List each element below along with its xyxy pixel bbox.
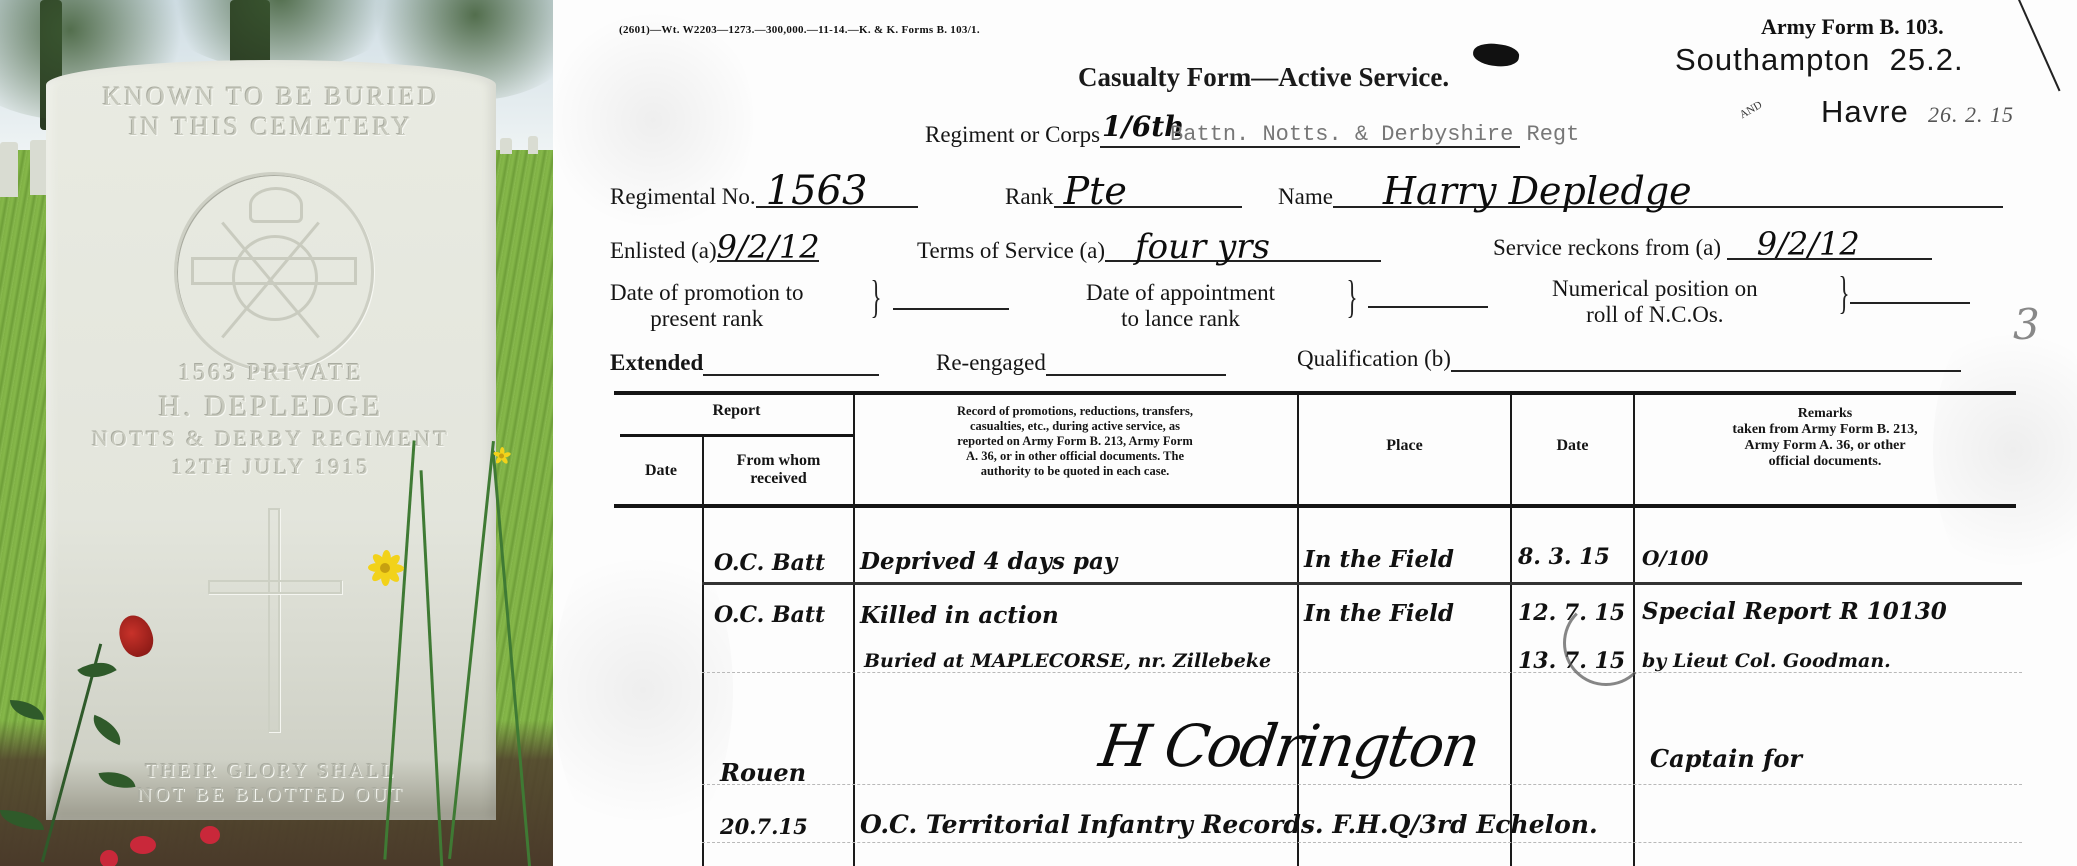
column-divider bbox=[1510, 394, 1512, 866]
header-remarks: Remarks taken from Army Form B. 213, Arm… bbox=[1635, 406, 2015, 470]
lance-label-line2: to lance rank bbox=[1086, 306, 1275, 332]
cross-icon bbox=[208, 580, 342, 594]
rank-label: Rank bbox=[1005, 184, 1054, 209]
column-divider bbox=[702, 436, 704, 866]
brace-icon: } bbox=[871, 274, 882, 320]
regiment: NOTTS & DERBY REGIMENT bbox=[46, 426, 496, 452]
stamp-date: 26. 2. 15 bbox=[1928, 102, 2014, 127]
row-rule bbox=[702, 672, 2022, 673]
rose-petal bbox=[200, 826, 220, 844]
terms-of-service-value: four yrs bbox=[1105, 234, 1381, 262]
rank-field: RankPte bbox=[1005, 176, 1242, 210]
stamp-place: Southampton bbox=[1675, 42, 1870, 77]
row-rule bbox=[702, 842, 2022, 843]
row-rule bbox=[702, 784, 2022, 785]
promotion-value-line bbox=[893, 308, 1009, 310]
extended-field: Extended bbox=[610, 350, 879, 376]
header-record: Record of promotions, reductions, transf… bbox=[860, 404, 1290, 479]
promotion-label-line1: Date of promotion to bbox=[610, 280, 804, 306]
extended-value bbox=[703, 354, 879, 376]
row1-from-whom: O.C. Batt bbox=[714, 550, 825, 576]
header-record-line: A. 36, or in other official documents. T… bbox=[860, 449, 1290, 464]
header-place: Place bbox=[1299, 437, 1510, 455]
ink-blot bbox=[1472, 41, 1521, 69]
yellow-flower-icon bbox=[493, 447, 511, 465]
service-number-rank: 1563 PRIVATE bbox=[46, 360, 496, 387]
header-remarks-line: official documents. bbox=[1635, 454, 2015, 470]
row1-date: 8. 3. 15 bbox=[1518, 544, 1610, 570]
pencil-circle-mark bbox=[1563, 600, 1649, 686]
headstone-photo: KNOWN TO BE BURIED IN THIS CEMETERY 1563… bbox=[0, 0, 553, 866]
header-date-2: Date bbox=[1512, 437, 1633, 455]
extended-label: Extended bbox=[610, 350, 703, 375]
column-divider bbox=[1297, 394, 1299, 866]
brace-icon: } bbox=[1839, 270, 1850, 316]
date-of-death: 12TH JULY 1915 bbox=[46, 454, 496, 480]
promotion-label-line2: present rank bbox=[610, 306, 804, 332]
header-date: Date bbox=[620, 462, 702, 480]
row2-place: In the Field bbox=[1304, 600, 1454, 627]
enlisted-label: Enlisted (a) bbox=[610, 238, 717, 263]
nco-position-value-line bbox=[1850, 302, 1970, 304]
report-subheader-rule bbox=[620, 434, 853, 437]
reengaged-label: Re-engaged bbox=[936, 350, 1046, 375]
table-top-rule bbox=[614, 391, 2016, 395]
background-headstone bbox=[528, 136, 538, 154]
qualification-value bbox=[1451, 350, 1961, 372]
header-record-line: casualties, etc., during active service,… bbox=[860, 419, 1290, 434]
header-record-line: authority to be quoted in each case. bbox=[860, 464, 1290, 479]
rose-petal bbox=[130, 836, 156, 854]
signature: H Codrington bbox=[1095, 712, 1482, 780]
table-header-rule bbox=[614, 504, 2016, 508]
enlisted-field: Enlisted (a)9/2/12 bbox=[610, 234, 819, 264]
row2-record: Killed in action bbox=[860, 602, 1059, 629]
promotion-label: Date of promotion to present rank bbox=[610, 280, 804, 332]
cross-icon bbox=[268, 508, 280, 732]
service-reckons-value: 9/2/12 bbox=[1727, 230, 1932, 260]
southampton-stamp: Southampton 25.2. bbox=[1675, 42, 1964, 78]
header-remarks-line: Remarks bbox=[1635, 406, 2015, 422]
enlisted-value: 9/2/12 bbox=[717, 234, 819, 262]
lance-label-line1: Date of appointment bbox=[1086, 280, 1275, 306]
row1-place: In the Field bbox=[1304, 546, 1454, 573]
army-form-number: Army Form B. 103. bbox=[1761, 14, 1944, 40]
row3-remarks: by Lieut Col. Goodman. bbox=[1642, 650, 1891, 672]
nco-position-label: Numerical position on roll of N.C.Os. bbox=[1552, 276, 1758, 328]
epitaph-line: NOT BE BLOTTED OUT bbox=[46, 784, 496, 807]
row4-from-whom: Rouen bbox=[720, 758, 806, 787]
row1-remarks: O/100 bbox=[1642, 546, 1708, 570]
form-title: Casualty Form—Active Service. bbox=[1078, 62, 1449, 93]
diagonal-mark bbox=[2018, 0, 2061, 91]
qualification-label: Qualification (b) bbox=[1297, 346, 1451, 371]
name-value: Harry Depledge bbox=[1333, 176, 2003, 208]
regimental-no-value: 1563 bbox=[756, 176, 918, 208]
reengaged-field: Re-engaged bbox=[936, 350, 1226, 376]
row3-record: Buried at MAPLECORSE, nr. Zillebeke bbox=[864, 650, 1271, 672]
stamp-date: 25.2. bbox=[1890, 42, 1964, 77]
regimental-no-label: Regimental No. bbox=[610, 184, 756, 209]
row2-from-whom: O.C. Batt bbox=[714, 602, 825, 628]
header-remarks-line: taken from Army Form B. 213, bbox=[1635, 422, 2015, 438]
nco-label-line1: Numerical position on bbox=[1552, 276, 1758, 302]
row5-record: O.C. Territorial Infantry Records. F.H.Q… bbox=[860, 810, 1598, 839]
row1-record: Deprived 4 days pay bbox=[860, 548, 1117, 575]
header-remarks-line: Army Form A. 36, or other bbox=[1635, 438, 2015, 454]
nco-label-line2: roll of N.C.Os. bbox=[1552, 302, 1758, 328]
header-from-whom-line: received bbox=[704, 470, 853, 488]
header-report: Report bbox=[620, 402, 853, 420]
regiment-value-line: 1/6th Battn. Notts. & Derbyshire Regt bbox=[1100, 120, 1520, 148]
regimental-no-field: Regimental No.1563 bbox=[610, 176, 918, 210]
print-reference: (2601)—Wt. W2203—1273.—300,000.—11-14.—K… bbox=[619, 24, 980, 36]
column-divider bbox=[853, 394, 855, 866]
and-mark: AND bbox=[1738, 99, 1765, 121]
stamp-place: Havre bbox=[1821, 94, 1909, 129]
lance-rank-label: Date of appointment to lance rank bbox=[1086, 280, 1275, 332]
header-from-whom: From whom received bbox=[704, 452, 853, 488]
soldier-name: H. DEPLEDGE bbox=[46, 390, 496, 424]
row2-remarks: Special Report R 10130 bbox=[1642, 598, 1947, 625]
havre-stamp: Havre 26. 2. 15 bbox=[1821, 94, 2014, 130]
regimental-badge-icon bbox=[174, 172, 374, 372]
regiment-label: Regiment or Corps bbox=[925, 122, 1100, 147]
regiment-field: Regiment or Corps 1/6th Battn. Notts. & … bbox=[925, 120, 1520, 148]
row4-remarks: Captain for bbox=[1650, 744, 1802, 773]
regiment-value-stamped: Battn. Notts. & Derbyshire Regt bbox=[1170, 122, 1579, 147]
lance-rank-value-line bbox=[1368, 306, 1488, 308]
rank-value: Pte bbox=[1054, 176, 1242, 208]
service-reckons-label: Service reckons from (a) bbox=[1493, 235, 1721, 260]
margin-mark: 3 bbox=[2013, 300, 2040, 349]
headstone: KNOWN TO BE BURIED IN THIS CEMETERY 1563… bbox=[46, 60, 496, 820]
terms-of-service-field: Terms of Service (a)four yrs bbox=[917, 234, 1381, 264]
header-record-line: reported on Army Form B. 213, Army Form bbox=[860, 434, 1290, 449]
service-reckons-field: Service reckons from (a) 9/2/12 bbox=[1493, 230, 1932, 261]
header-from-whom-line: From whom bbox=[704, 452, 853, 470]
inscription-line: IN THIS CEMETERY bbox=[46, 112, 496, 142]
row5-from-whom: 20.7.15 bbox=[720, 814, 808, 839]
yellow-flower-icon bbox=[368, 550, 404, 586]
service-record-table: Report Date From whom received Record of… bbox=[620, 382, 2015, 866]
background-headstone bbox=[0, 142, 18, 197]
rose-petal bbox=[100, 850, 118, 866]
qualification-field: Qualification (b) bbox=[1297, 346, 1961, 372]
name-label: Name bbox=[1278, 184, 1333, 209]
casualty-form-document: (2601)—Wt. W2203—1273.—300,000.—11-14.—K… bbox=[553, 0, 2077, 866]
terms-of-service-label: Terms of Service (a) bbox=[917, 238, 1105, 263]
name-field: NameHarry Depledge bbox=[1278, 176, 2003, 210]
row-rule bbox=[702, 582, 2022, 585]
brace-icon: } bbox=[1347, 274, 1358, 320]
header-record-line: Record of promotions, reductions, transf… bbox=[860, 404, 1290, 419]
background-headstone bbox=[500, 138, 512, 154]
reengaged-value bbox=[1046, 354, 1226, 376]
inscription-line: KNOWN TO BE BURIED bbox=[46, 82, 496, 112]
